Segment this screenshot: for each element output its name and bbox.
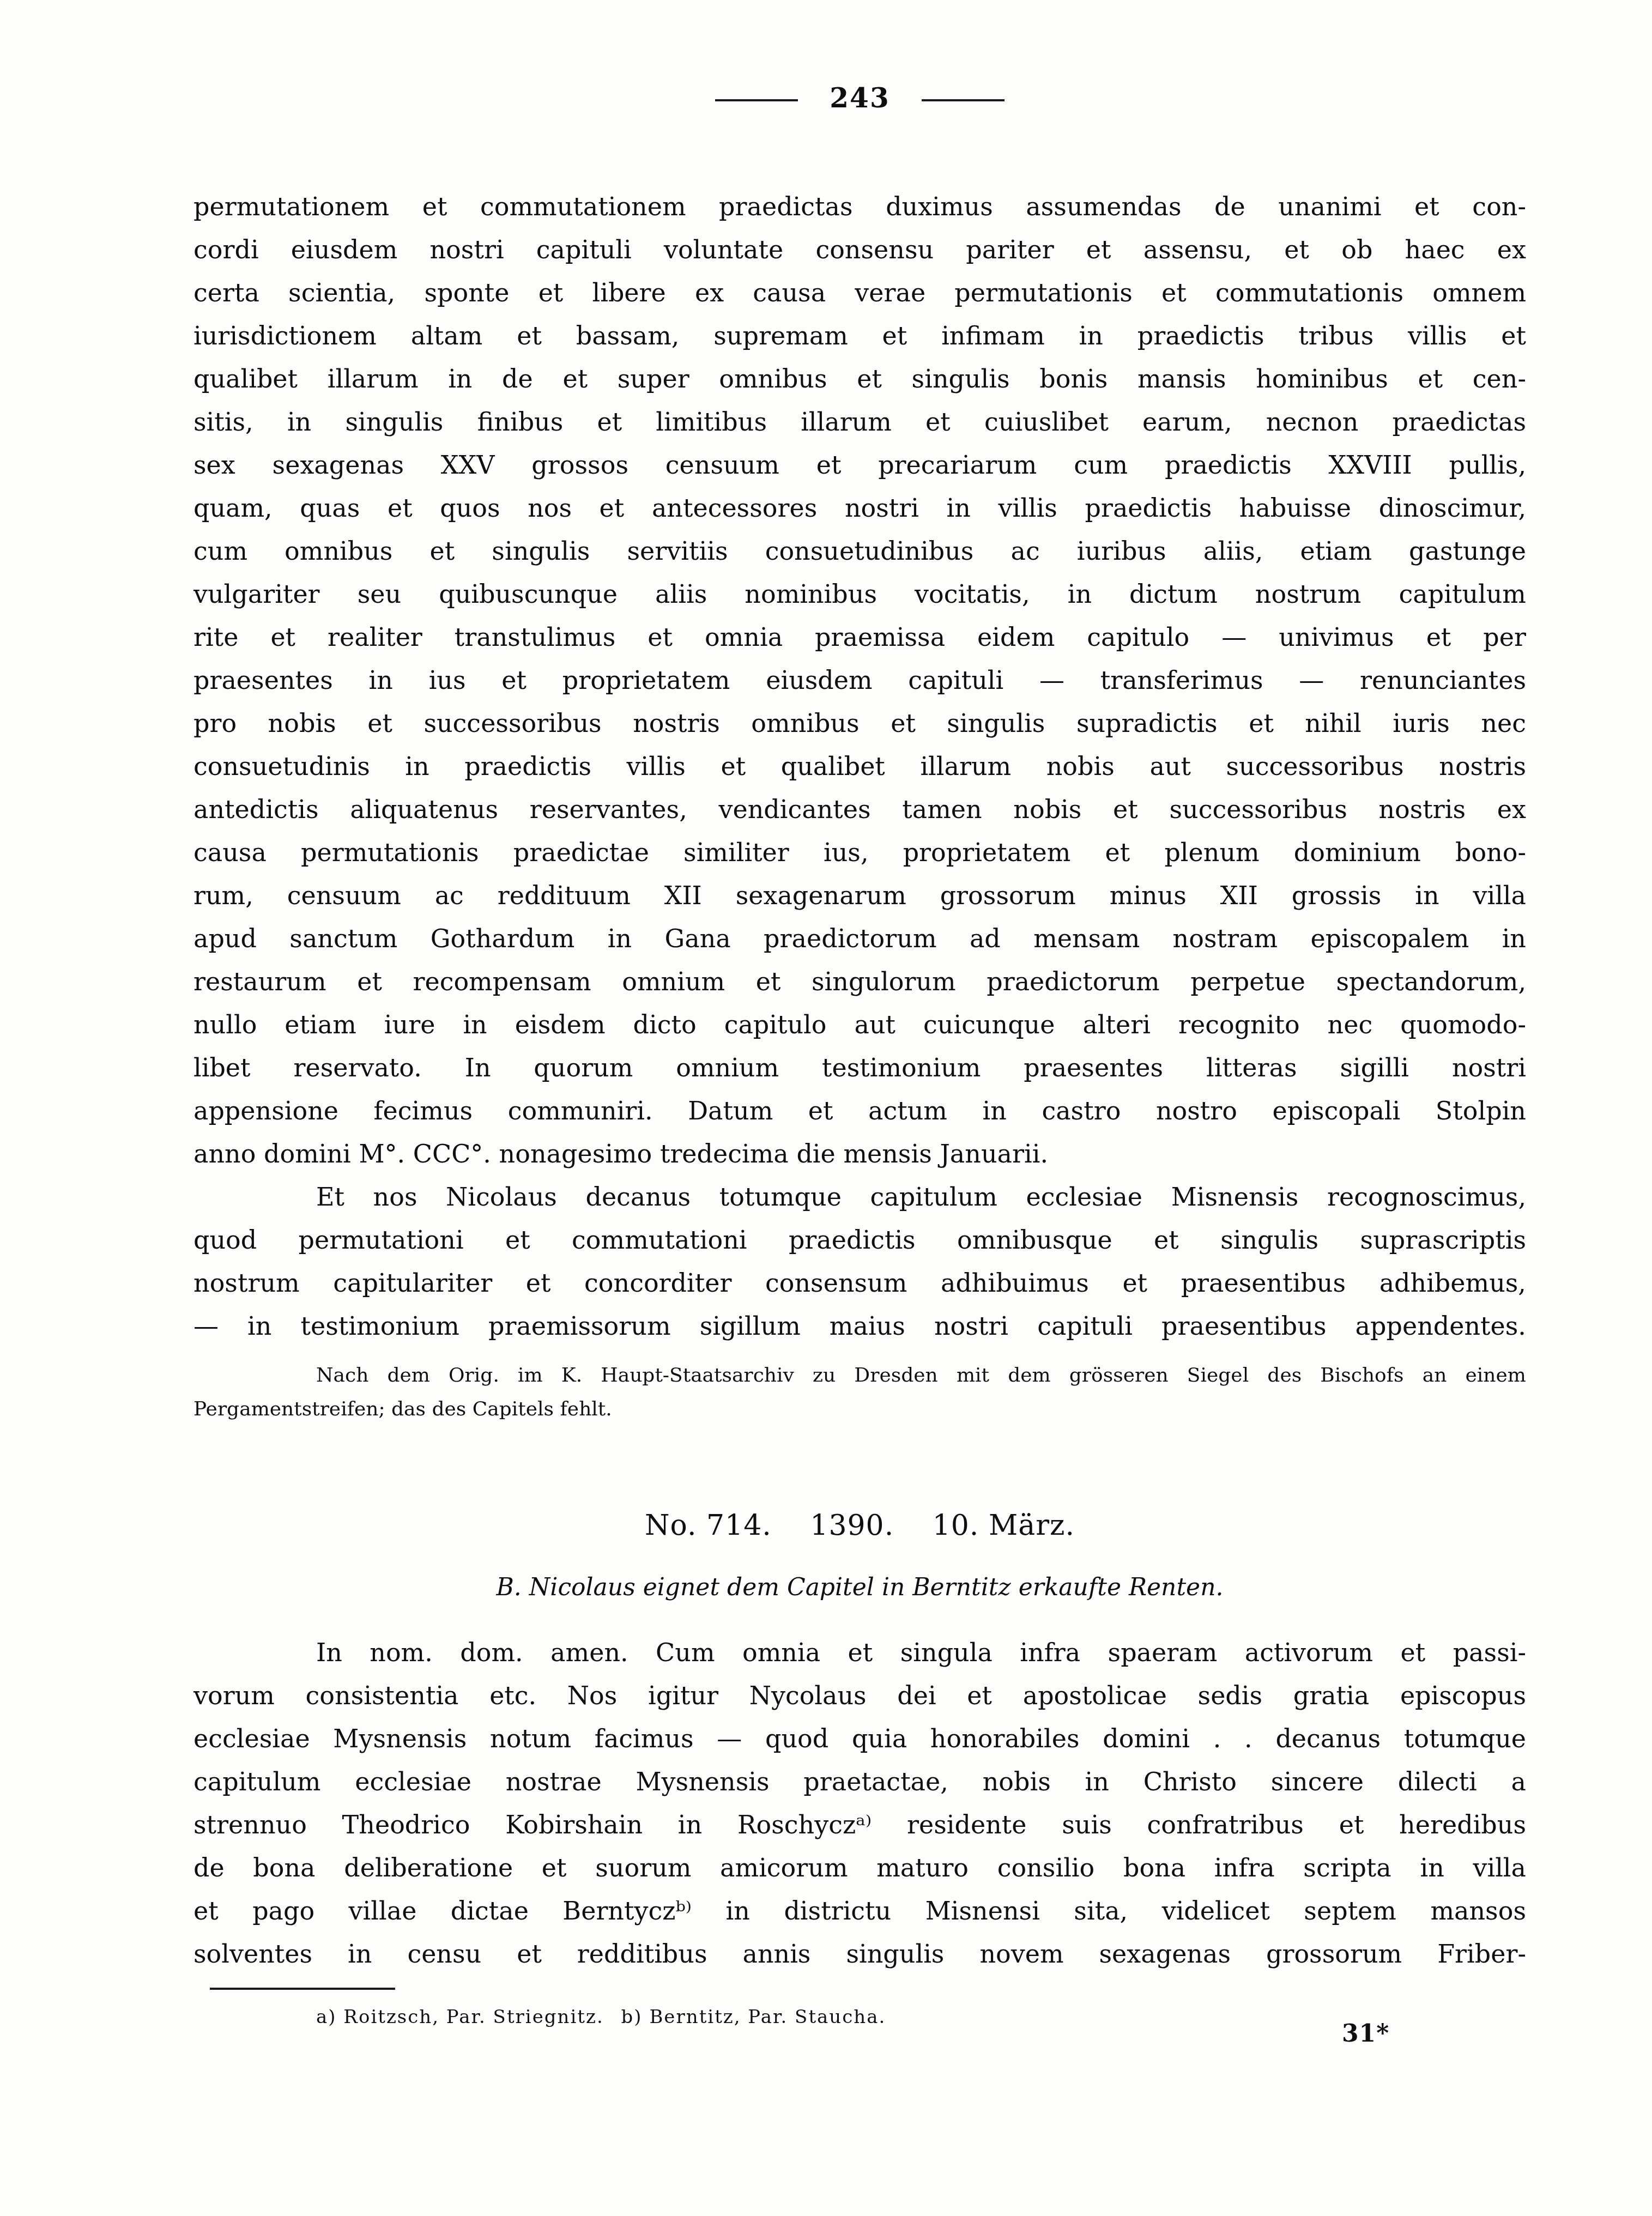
text-line: apud sanctum Gothardum in Gana praedicto… [193,917,1526,960]
text-line: quod permutationi et commutationi praedi… [193,1219,1526,1262]
entry-body: In nom. dom. amen. Cum omnia et singula … [193,1631,1526,1976]
paragraph-chapter-confirmation: Et nos Nicolaus decanus totumque capitul… [193,1176,1526,1348]
text-line: causa permutationis praedictae similiter… [193,831,1526,874]
text-line: pro nobis et successoribus nostris omnib… [193,702,1526,745]
header-rule-right [922,99,1004,101]
text-line: ecclesiae Mysnensis notum facimus — quod… [193,1717,1526,1760]
header-rule-left [715,99,798,101]
text-line: quam, quas et quos nos et antecessores n… [193,487,1526,530]
text-line: anno domini M°. CCC°. nonagesimo tredeci… [193,1133,1526,1176]
text-line: In nom. dom. amen. Cum omnia et singula … [193,1631,1526,1674]
entry-heading: No. 714. 1390. 10. März. [193,1509,1526,1542]
document-page: 243 permutationem et commutationem praed… [0,0,1652,2216]
text-line: libet reservato. In quorum omnium testim… [193,1046,1526,1089]
text-line: praesentes in ius et proprietatem eiusde… [193,659,1526,702]
footnotes: a) Roitzsch, Par. Striegnitz. b) Berntit… [193,2004,1526,2030]
text-line: restaurum et recompensam omnium et singu… [193,960,1526,1003]
page-header: 243 [193,82,1526,114]
text-line: permutationem et commutationem praedicta… [193,185,1526,228]
text-line: qualibet illarum in de et super omnibus … [193,358,1526,401]
text-line: cordi eiusdem nostri capituli voluntate … [193,228,1526,271]
text-line: strennuo Theodrico Kobirshain in Roschyc… [193,1803,1526,1846]
page-number: 243 [830,82,889,114]
text-column: permutationem et commutationem praedicta… [193,185,1526,2030]
text-line: rum, censuum ac reddituum XII sexagenaru… [193,874,1526,917]
text-line: capitulum ecclesiae nostrae Mysnensis pr… [193,1760,1526,1803]
text-line: de bona deliberatione et suorum amicorum… [193,1846,1526,1890]
text-line: consuetudinis in praedictis villis et qu… [193,745,1526,788]
source-note: Nach dem Orig. im K. Haupt-Staatsarchiv … [193,1359,1526,1426]
text-line: Nach dem Orig. im K. Haupt-Staatsarchiv … [193,1359,1526,1392]
text-line: iurisdictionem altam et bassam, supremam… [193,314,1526,358]
text-line: vulgariter seu quibuscunque aliis nomini… [193,573,1526,616]
text-line: sitis, in singulis finibus et limitibus … [193,401,1526,444]
paragraph-deed-continuation: permutationem et commutationem praedicta… [193,185,1526,1176]
sheet-signature: 31* [1342,2020,1389,2048]
text-line: et pago villae dictae Berntyczᵇ⁾ in dist… [193,1890,1526,1933]
text-line: rite et realiter transtulimus et omnia p… [193,616,1526,659]
text-line: — in testimonium praemissorum sigillum m… [193,1305,1526,1348]
footnote-rule [210,1988,395,1990]
entry-subtitle: B. Nicolaus eignet dem Capitel in Bernti… [193,1573,1526,1602]
text-line: antedictis aliquatenus reservantes, vend… [193,788,1526,831]
text-line: cum omnibus et singulis servitiis consue… [193,530,1526,573]
text-line: certa scientia, sponte et libere ex caus… [193,271,1526,314]
text-line: vorum consistentia etc. Nos igitur Nycol… [193,1674,1526,1717]
text-line: sex sexagenas XXV grossos censuum et pre… [193,444,1526,487]
text-line: Pergamentstreifen; das des Capitels fehl… [193,1392,1526,1426]
text-line: Et nos Nicolaus decanus totumque capitul… [193,1176,1526,1219]
text-line: nullo etiam iure in eisdem dicto capitul… [193,1003,1526,1046]
text-line: solventes in censu et redditibus annis s… [193,1933,1526,1976]
text-line: nostrum capitulariter et concorditer con… [193,1262,1526,1305]
text-line: appensione fecimus communiri. Datum et a… [193,1089,1526,1133]
